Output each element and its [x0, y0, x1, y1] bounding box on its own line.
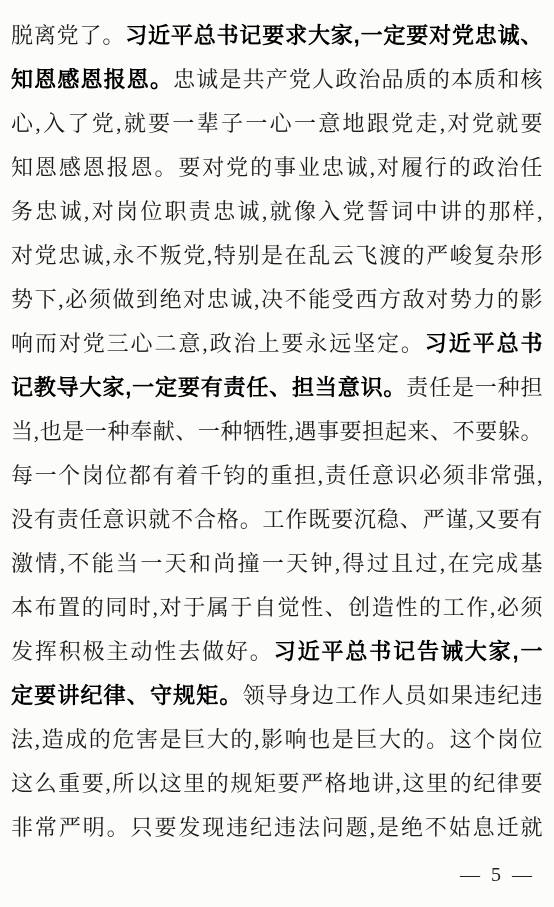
emphasis-text: 记教导大家,一定要有责任、担当意识。 [11, 375, 406, 400]
text-line: 没有责任意识就不合格。工作既要沉稳、严谨,又要有 [11, 498, 543, 542]
emphasis-text: 习近平总书记告诫大家,一 [274, 639, 543, 664]
text-line: 激情,不能当一天和尚撞一天钟,得过且过,在完成基 [11, 542, 543, 586]
body-text-segment: 本布置的同时,对于属于自觉性、创造性的工作,必须 [11, 595, 543, 620]
text-line: 响而对党三心二意,政治上要永远坚定。习近平总书 [11, 322, 543, 366]
body-text-segment: 忠诚是共产党人政治品质的本质和核 [173, 67, 543, 92]
emphasis-text: 定要讲纪律、守规矩。 [11, 683, 243, 708]
document-page: 脱离党了。习近平总书记要求大家,一定要对党忠诚、知恩感恩报恩。忠诚是共产党人政治… [0, 0, 554, 907]
text-line: 知恩感恩报恩。忠诚是共产党人政治品质的本质和核 [11, 58, 543, 102]
text-line: 非常严明。只要发现违纪违法问题,是绝不姑息迁就 [11, 806, 543, 850]
text-line: 脱离党了。习近平总书记要求大家,一定要对党忠诚、 [11, 14, 543, 58]
body-text-segment: 非常严明。只要发现违纪违法问题,是绝不姑息迁就 [11, 815, 543, 840]
body-text-segment: 脱离党了。 [11, 23, 125, 48]
body-text-segment: 对党忠诚,永不叛党,特别是在乱云飞渡的严峻复杂形 [11, 243, 543, 268]
text-line: 每一个岗位都有着千钧的重担,责任意识必须非常强, [11, 454, 543, 498]
text-line: 对党忠诚,永不叛党,特别是在乱云飞渡的严峻复杂形 [11, 234, 543, 278]
text-line: 务忠诚,对岗位职责忠诚,就像入党誓词中讲的那样, [11, 190, 543, 234]
text-line: 本布置的同时,对于属于自觉性、创造性的工作,必须 [11, 586, 543, 630]
body-text-segment: 响而对党三心二意,政治上要永远坚定。 [11, 331, 425, 356]
body-text-segment: 每一个岗位都有着千钧的重担,责任意识必须非常强, [11, 463, 543, 488]
text-line: 势下,必须做到绝对忠诚,决不能受西方敌对势力的影 [11, 278, 543, 322]
body-text: 脱离党了。习近平总书记要求大家,一定要对党忠诚、知恩感恩报恩。忠诚是共产党人政治… [11, 14, 543, 850]
text-line: 这么重要,所以这里的规矩要严格地讲,这里的纪律要 [11, 762, 543, 806]
text-line: 定要讲纪律、守规矩。领导身边工作人员如果违纪违 [11, 674, 543, 718]
body-text-segment: 激情,不能当一天和尚撞一天钟,得过且过,在完成基 [11, 551, 543, 576]
body-text-segment: 这么重要,所以这里的规矩要严格地讲,这里的纪律要 [11, 771, 543, 796]
text-line: 记教导大家,一定要有责任、担当意识。责任是一种担 [11, 366, 543, 410]
body-text-segment: 务忠诚,对岗位职责忠诚,就像入党誓词中讲的那样, [11, 199, 543, 224]
body-text-segment: 发挥积极主动性去做好。 [11, 639, 274, 664]
body-text-segment: 法,造成的危害是巨大的,影响也是巨大的。这个岗位 [11, 727, 543, 752]
page-number: — 5 — [460, 864, 535, 886]
body-text-segment: 责任是一种担 [406, 375, 543, 400]
body-text-segment: 知恩感恩报恩。要对党的事业忠诚,对履行的政治任 [11, 155, 543, 180]
text-line: 当,也是一种奉献、一种牺牲,遇事要担起来、不要躲。 [11, 410, 543, 454]
body-text-segment: 领导身边工作人员如果违纪违 [243, 683, 543, 708]
page-footer: — 5 — [11, 864, 543, 887]
text-line: 心,入了党,就要一辈子一心一意地跟党走,对党就要 [11, 102, 543, 146]
body-text-segment: 势下,必须做到绝对忠诚,决不能受西方敌对势力的影 [11, 287, 543, 312]
body-text-segment: 当,也是一种奉献、一种牺牲,遇事要担起来、不要躲。 [11, 419, 543, 444]
body-text-segment: 没有责任意识就不合格。工作既要沉稳、严谨,又要有 [11, 507, 543, 532]
emphasis-text: 知恩感恩报恩。 [11, 67, 173, 92]
text-line: 发挥积极主动性去做好。习近平总书记告诫大家,一 [11, 630, 543, 674]
emphasis-text: 习近平总书 [425, 331, 543, 356]
text-line: 知恩感恩报恩。要对党的事业忠诚,对履行的政治任 [11, 146, 543, 190]
body-text-segment: 心,入了党,就要一辈子一心一意地跟党走,对党就要 [11, 111, 543, 136]
text-line: 法,造成的危害是巨大的,影响也是巨大的。这个岗位 [11, 718, 543, 762]
emphasis-text: 习近平总书记要求大家,一定要对党忠诚、 [125, 23, 543, 48]
